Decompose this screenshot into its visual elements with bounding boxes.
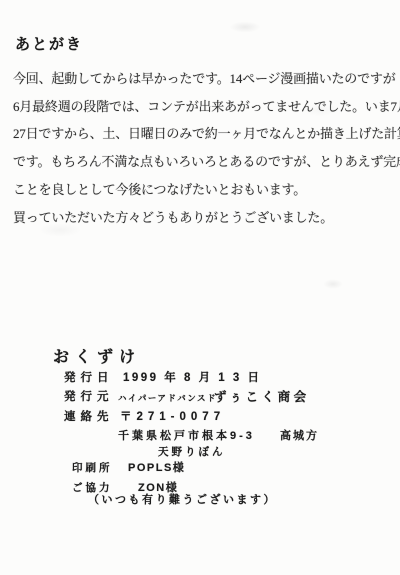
cooperation-note: （いつも有り難うございます）: [88, 491, 277, 507]
scanned-document-page: あとがき 今回、起動してからは早かったです。14ページ漫画描いたのですが 6月最…: [0, 0, 400, 575]
colophon-heading: おくずけ: [53, 344, 141, 367]
afterword-heading: あとがき: [15, 33, 83, 54]
publish-date-label: 発行日: [64, 369, 114, 385]
address-care-of: 高城方: [280, 427, 319, 443]
postal-code: 〒271-0077: [120, 408, 225, 424]
afterword-line: 今回、起動してからは早かったです。14ページ漫画描いたのですが: [13, 68, 396, 87]
afterword-line: ことを良しとして今後につなげたいとおもいます。: [13, 179, 306, 198]
publisher-prefix: ハイパーアドバンスド: [118, 392, 217, 404]
afterword-line: です。もちろん不満な点もいろいろとあるのですが、とりあえず完成した: [13, 151, 400, 170]
contact-person: 天野りぼん: [158, 444, 226, 459]
address: 千葉県松戸市根本9-3: [118, 427, 255, 443]
printer-value: POPLS様: [128, 459, 185, 475]
afterword-line: 6月最終週の段階では、コンテが出来あがってませんでした。いま7月: [13, 96, 400, 115]
afterword-line: 買っていただいた方々どうもありがとうございました。: [13, 207, 333, 226]
publisher-label: 発行元: [64, 388, 114, 404]
afterword-line: 27日ですから、土、日曜日のみで約一ヶ月でなんとか描き上げた計算: [13, 123, 400, 142]
publish-date-value: 1999 年 8 月 1 3 日: [123, 369, 261, 385]
printer-label: 印刷所: [72, 460, 113, 475]
contact-label: 連絡先: [64, 408, 114, 424]
publisher-name: ずぅこく商会: [214, 387, 310, 405]
